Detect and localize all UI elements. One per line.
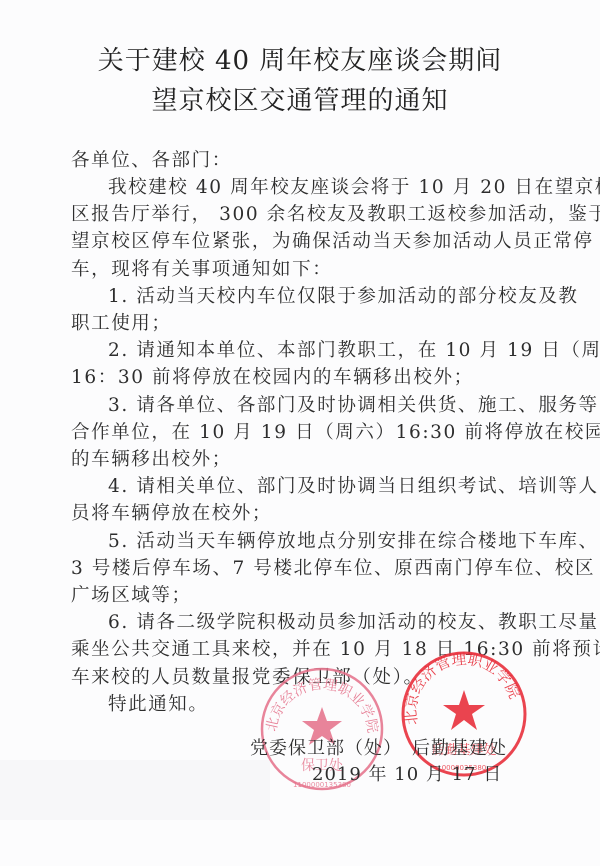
body-line: 望京校区停车位紧张，为确保活动当天参加活动人员正常停 — [71, 231, 541, 253]
body-line: 广场区域等； — [71, 585, 541, 607]
body-line: 的车辆移出校外； — [71, 449, 541, 471]
body-line: 职工使用； — [71, 313, 541, 335]
body-line: 我校建校 40 周年校友座谈会将于 10 月 20 日在望京校 — [108, 177, 578, 199]
issuer-logistics-dept: 后勤基建处 — [412, 734, 507, 760]
issuer-security-dept: 党委保卫部（处） — [250, 734, 402, 760]
body-line: 合作单位，在 10 月 19 日（周六）16:30 前将停放在校园内 — [71, 422, 541, 444]
body-line: 3 号楼后停车场、7 号楼北停车位、原西南门停车位、校区 — [71, 558, 541, 580]
body-line: 1. 活动当天校内车位仅限于参加活动的部分校友及教 — [108, 286, 578, 308]
body-line: 员将车辆停放在校外； — [71, 503, 541, 525]
body-line: 16：30 前将停放在校园内的车辆移出校外； — [71, 367, 541, 389]
body-line: 区报告厅举行， 300 余名校友及教职工返校参加活动，鉴于 — [71, 204, 541, 226]
body-line: 6. 请各二级学院积极动员参加活动的校友、教职工尽量 — [108, 612, 578, 634]
salutation: 各单位、各部门： — [71, 150, 541, 172]
body-line: 特此通知。 — [108, 694, 578, 716]
body-line: 3. 请各单位、各部门及时协调相关供货、施工、服务等 — [108, 395, 578, 417]
body-line: 4. 请相关单位、部门及时协调当日组织考试、培训等人 — [108, 476, 578, 498]
body-line: 车来校的人员数量报党委保卫部（处）。 — [71, 667, 541, 689]
document-title-line-1: 关于建校 40 周年校友座谈会期间 — [0, 40, 600, 77]
body-line: 乘坐公共交通工具来校，并在 10 月 18 日 16:30 前将预计驾 — [71, 639, 541, 661]
document-title-line-2: 望京校区交通管理的通知 — [0, 80, 600, 117]
issue-date: 2019 年 10 月 17 日 — [312, 760, 502, 786]
scan-shadow — [0, 760, 270, 820]
body-line: 5. 活动当天车辆停放地点分别安排在综合楼地下车库、 — [108, 531, 578, 553]
notice-document: 关于建校 40 周年校友座谈会期间 望京校区交通管理的通知 各单位、各部门： 我… — [0, 0, 600, 866]
body-line: 2. 请通知本单位、本部门教职工，在 10 月 19 日（周六） — [108, 340, 578, 362]
body-line: 车，现将有关事项通知如下： — [71, 259, 541, 281]
